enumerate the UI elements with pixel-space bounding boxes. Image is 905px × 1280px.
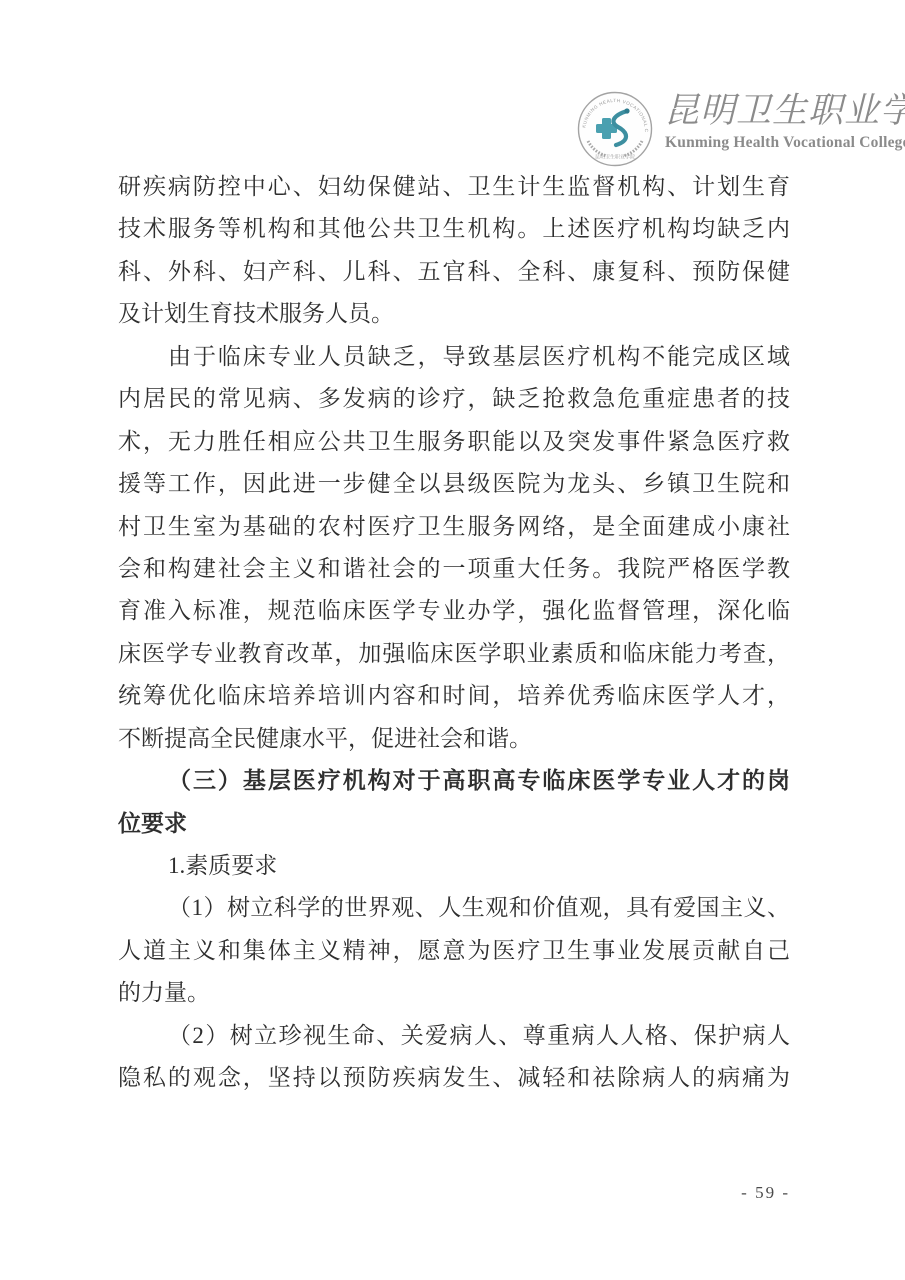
text-line: 隐私的观念，坚持以预防疾病发生、减轻和祛除病人的病痛为 (118, 1057, 790, 1099)
page-number: - 59 - (741, 1183, 790, 1203)
document-body: 研疾病防控中心、妇幼保健站、卫生计生监督机构、计划生育 技术服务等机构和其他公共… (118, 166, 790, 1100)
text-line: 人道主义和集体主义精神，愿意为医疗卫生事业发展贡献自己 (118, 930, 790, 972)
text-line: 1.素质要求 (118, 845, 790, 887)
text-line: 科、外科、妇产科、儿科、五官科、全科、康复科、预防保健 (118, 251, 790, 293)
section-heading-line: （三）基层医疗机构对于高职高专临床医学专业人才的岗 (118, 760, 790, 802)
text-line: 术，无力胜任相应公共卫生服务职能以及突发事件紧急医疗救 (118, 421, 790, 463)
text-line: 技术服务等机构和其他公共卫生机构。上述医疗机构均缺乏内 (118, 208, 790, 250)
text-line: 援等工作，因此进一步健全以县级医院为龙头、乡镇卫生院和 (118, 463, 790, 505)
text-line: 的力量。 (118, 972, 790, 1014)
section-heading-line: 位要求 (118, 803, 790, 845)
text-line: 内居民的常见病、多发病的诊疗，缺乏抢救急危重症患者的技 (118, 378, 790, 420)
text-line: 村卫生室为基础的农村医疗卫生服务网络，是全面建成小康社 (118, 506, 790, 548)
text-line: 育准入标准，规范临床医学专业办学，强化监督管理，深化临 (118, 590, 790, 632)
text-line: 不断提高全民健康水平，促进社会和谐。 (118, 718, 790, 760)
college-name-calligraphy: 昆明卫生职业学院 (664, 88, 874, 134)
text-line: 统筹优化临床培养培训内容和时间，培养优秀临床医学人才， (118, 675, 790, 717)
text-line: 床医学专业教育改革，加强临床医学职业素质和临床能力考查， (118, 633, 790, 675)
text-line: 研疾病防控中心、妇幼保健站、卫生计生监督机构、计划生育 (118, 166, 790, 208)
text-line: 及计划生育技术服务人员。 (118, 293, 790, 335)
seal-bottom-text: 昆明卫生职业学院 (595, 154, 635, 161)
text-line: （2）树立珍视生命、关爱病人、尊重病人人格、保护病人 (118, 1015, 790, 1057)
college-seal-icon: KUNMING HEALTH VOCATIONAL COLLEGE 昆明卫生职业… (576, 90, 654, 168)
text-line: 会和构建社会主义和谐社会的一项重大任务。我院严格医学教 (118, 548, 790, 590)
college-logo: KUNMING HEALTH VOCATIONAL COLLEGE 昆明卫生职业… (576, 88, 876, 168)
college-name-english: Kunming Health Vocational College (665, 134, 875, 152)
text-line: 由于临床专业人员缺乏，导致基层医疗机构不能完成区域 (118, 336, 790, 378)
text-line: （1）树立科学的世界观、人生观和价值观，具有爱国主义、 (118, 887, 790, 929)
